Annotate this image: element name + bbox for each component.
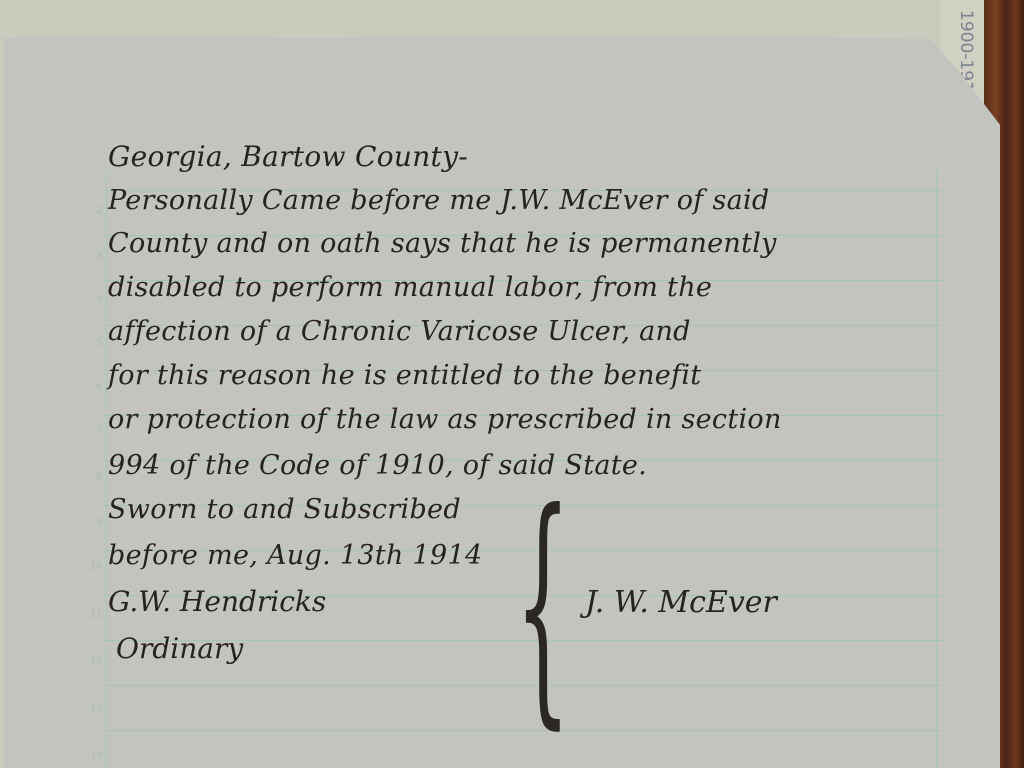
jurat-line: Sworn to and Subscribed	[108, 494, 461, 525]
brace-mark: {	[515, 480, 571, 730]
affiant-signature: J. W. McEver	[585, 585, 777, 620]
line-number: 2	[86, 206, 102, 216]
jurat-date-line: before me, Aug. 13th 1914	[108, 540, 482, 571]
line-number: 5	[86, 338, 102, 348]
line-number: 10	[86, 562, 102, 572]
line-number: 13	[86, 704, 102, 714]
official-title: Ordinary	[116, 632, 243, 665]
line-number: 7	[86, 426, 102, 436]
body-line: Personally Came before me J.W. McEver of…	[108, 185, 770, 216]
line-number: 14	[86, 750, 102, 760]
line-number: 12	[86, 656, 102, 666]
line-number: 6	[86, 382, 102, 392]
body-line: County and on oath says that he is perma…	[108, 228, 777, 259]
official-signature: G.W. Hendricks	[108, 585, 326, 618]
line-number: 11	[86, 610, 102, 620]
line-number: 9	[86, 518, 102, 528]
body-line: or protection of the law as prescribed i…	[108, 404, 782, 435]
body-line: disabled to perform manual labor, from t…	[108, 272, 712, 303]
body-line: affection of a Chronic Varicose Ulcer, a…	[108, 316, 691, 347]
line-number: 4	[86, 294, 102, 304]
line-number: 8	[86, 472, 102, 482]
line-number: 3	[86, 251, 102, 261]
body-line: for this reason he is entitled to the be…	[108, 360, 701, 391]
right-margin-line	[936, 170, 937, 768]
left-margin-line	[106, 170, 107, 768]
document-heading: Georgia, Bartow County-	[108, 140, 468, 173]
